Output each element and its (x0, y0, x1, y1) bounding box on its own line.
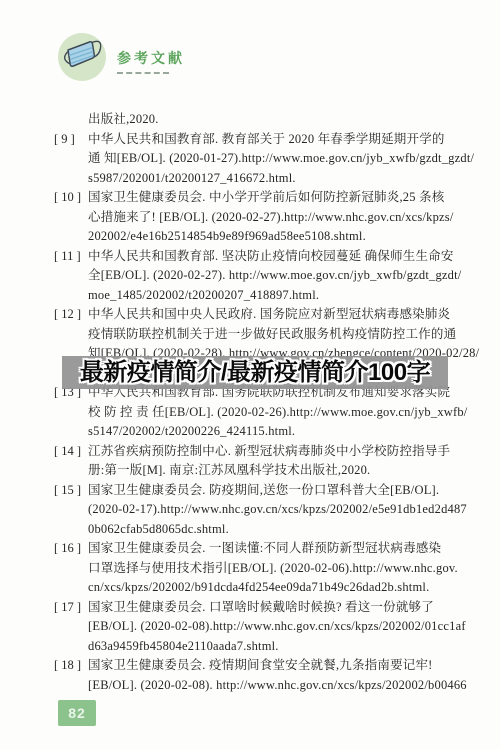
reference-number: [ 18 ] (54, 656, 86, 676)
reference-line: 全[EB/OL]. (2020-02-27). http://www.moe.g… (88, 266, 444, 286)
reference-line: 疫情联防联控机制关于进一步做好民政服务机构疫情防控工作的通 (88, 325, 444, 345)
reference-text: 国家卫生健康委员会. 疫情期间食堂安全就餐,九条指南要记牢! (88, 658, 433, 672)
reference-text: [EB/OL]. (2020-02-08).http://www.nhc.gov… (88, 619, 466, 633)
reference-item: [ 14 ]江苏省疾病预防控制中心. 新型冠状病毒肺炎中小学校防控指导手册:第一… (88, 442, 444, 481)
reference-item: [ 18 ]国家卫生健康委员会. 疫情期间食堂安全就餐,九条指南要记牢![EB/… (88, 656, 444, 695)
reference-item: [ 10 ]国家卫生健康委员会. 中小学开学前后如何防控新冠肺炎,25 条核心措… (88, 188, 444, 247)
reference-text: 江苏省疾病预防控制中心. 新型冠状病毒肺炎中小学校防控指导手 (88, 444, 450, 458)
reference-line: moe_1485/202002/t20200207_418897.html. (88, 286, 444, 306)
reference-line: [ 11 ]中华人民共和国教育部. 坚决防止疫情向校园蔓延 确保师生生命安 (88, 247, 444, 267)
reference-text: 国家卫生健康委员会. 一图读懂:不同人群预防新型冠状病毒感染 (88, 541, 441, 555)
reference-line: [EB/OL]. (2020-02-08). http://www.nhc.go… (88, 676, 444, 696)
reference-number: [ 12 ] (54, 305, 86, 325)
reference-line: [ 14 ]江苏省疾病预防控制中心. 新型冠状病毒肺炎中小学校防控指导手 (88, 442, 444, 462)
reference-text: s5987/202001/t20200127_416672.html. (88, 171, 296, 185)
reference-text: 心措施来了! [EB/OL]. (2020-02-27).http://www.… (88, 210, 454, 224)
reference-text: 疫情联防联控机制关于进一步做好民政服务机构疫情防控工作的通 (88, 327, 456, 341)
reference-line: 0b062cfab5d8065dc.shtml. (88, 520, 444, 540)
reference-text: (2020-02-17).http://www.nhc.gov.cn/xcs/k… (88, 502, 467, 516)
reference-number: [ 10 ] (54, 188, 86, 208)
reference-text: 国家卫生健康委员会. 防疫期间,送您一份口罩科普大全[EB/OL]. (88, 483, 439, 497)
overlay-title-text: 最新疫情简介/最新疫情简介100字 (80, 356, 430, 389)
face-mask-icon (58, 33, 106, 81)
reference-line: [ 17 ]国家卫生健康委员会. 口罩啥时候戴啥时候换? 看这一份就够了 (88, 598, 444, 618)
reference-text: 出版社,2020. (88, 112, 159, 126)
dashed-underline (117, 72, 169, 74)
reference-text: d63a9459fb45804e2110aada7.shtml. (88, 639, 279, 653)
reference-text: 0b062cfab5d8065dc.shtml. (88, 522, 229, 536)
reference-line: s5147/202002/t20200226_424115.html. (88, 422, 444, 442)
reference-line: (2020-02-17).http://www.nhc.gov.cn/xcs/k… (88, 500, 444, 520)
reference-line: [ 12 ]中华人民共和国中央人民政府. 国务院应对新型冠状病毒感染肺炎 (88, 305, 444, 325)
reference-number: [ 17 ] (54, 598, 86, 618)
reference-text: 全[EB/OL]. (2020-02-27). http://www.moe.g… (88, 268, 461, 282)
reference-item: [ 17 ]国家卫生健康委员会. 口罩啥时候戴啥时候换? 看这一份就够了[EB/… (88, 598, 444, 657)
page-number-badge: 82 (58, 700, 96, 726)
reference-text: s5147/202002/t20200226_424115.html. (88, 424, 295, 438)
reference-line: [EB/OL]. (2020-02-08).http://www.nhc.gov… (88, 617, 444, 637)
reference-text: 202002/e4e16b2514854b9e89f969ad58ee5108.… (88, 229, 366, 243)
reference-item: [ 13 ]中华人民共和国教育部. 国务院联防联控机制发布通知要求落实院校 防 … (88, 383, 444, 442)
reference-line: [ 16 ]国家卫生健康委员会. 一图读懂:不同人群预防新型冠状病毒感染 (88, 539, 444, 559)
reference-text: 国家卫生健康委员会. 口罩啥时候戴啥时候换? 看这一份就够了 (88, 600, 434, 614)
reference-line: 心措施来了! [EB/OL]. (2020-02-27).http://www.… (88, 208, 444, 228)
reference-line: cn/xcs/kpzs/202002/b91dcda4fd254ee09da71… (88, 578, 444, 598)
reference-line: s5987/202001/t20200127_416672.html. (88, 169, 444, 189)
reference-text: [EB/OL]. (2020-02-08). http://www.nhc.go… (88, 678, 467, 692)
reference-text: 中华人民共和国教育部. 教育部关于 2020 年春季学期延期开学的 (88, 132, 445, 146)
reference-list: 出版社,2020.[ 9 ]中华人民共和国教育部. 教育部关于 2020 年春季… (88, 110, 444, 695)
reference-text: 中华人民共和国中央人民政府. 国务院应对新型冠状病毒感染肺炎 (88, 307, 450, 321)
reference-line: 校 防 控 责 任[EB/OL]. (2020-02-26).http://ww… (88, 403, 444, 423)
reference-line: [ 10 ]国家卫生健康委员会. 中小学开学前后如何防控新冠肺炎,25 条核 (88, 188, 444, 208)
reference-text: 口罩选择与使用技术指引[EB/OL]. (2020-02-06).http://… (88, 561, 458, 575)
reference-number: [ 11 ] (54, 247, 86, 267)
reference-line: 通 知[EB/OL]. (2020-01-27).http://www.moe.… (88, 149, 444, 169)
reference-number: [ 14 ] (54, 442, 86, 462)
reference-item: 出版社,2020. (88, 110, 444, 130)
reference-number: [ 16 ] (54, 539, 86, 559)
reference-line: d63a9459fb45804e2110aada7.shtml. (88, 637, 444, 657)
reference-item: [ 9 ]中华人民共和国教育部. 教育部关于 2020 年春季学期延期开学的通 … (88, 130, 444, 189)
reference-text: moe_1485/202002/t20200207_418897.html. (88, 288, 319, 302)
reference-line: [ 9 ]中华人民共和国教育部. 教育部关于 2020 年春季学期延期开学的 (88, 130, 444, 150)
reference-item: [ 11 ]中华人民共和国教育部. 坚决防止疫情向校园蔓延 确保师生生命安全[E… (88, 247, 444, 306)
reference-line: 202002/e4e16b2514854b9e89f969ad58ee5108.… (88, 227, 444, 247)
reference-text: 国家卫生健康委员会. 中小学开学前后如何防控新冠肺炎,25 条核 (88, 190, 444, 204)
reference-text: 中华人民共和国教育部. 坚决防止疫情向校园蔓延 确保师生生命安 (88, 249, 454, 263)
book-page: 参考文献 出版社,2020.[ 9 ]中华人民共和国教育部. 教育部关于 202… (0, 0, 500, 750)
reference-text: 校 防 控 责 任[EB/OL]. (2020-02-26).http://ww… (88, 405, 467, 419)
reference-number: [ 9 ] (54, 130, 86, 150)
overlay-title-band: 最新疫情简介/最新疫情简介100字 (62, 356, 448, 389)
reference-line: 册:第一版[M]. 南京:江苏凤凰科学技术出版社,2020. (88, 461, 444, 481)
reference-item: [ 16 ]国家卫生健康委员会. 一图读懂:不同人群预防新型冠状病毒感染口罩选择… (88, 539, 444, 598)
reference-line: [ 15 ]国家卫生健康委员会. 防疫期间,送您一份口罩科普大全[EB/OL]. (88, 481, 444, 501)
reference-number: [ 15 ] (54, 481, 86, 501)
section-title: 参考文献 (117, 48, 185, 68)
reference-text: 册:第一版[M]. 南京:江苏凤凰科学技术出版社,2020. (88, 463, 370, 477)
reference-line: 口罩选择与使用技术指引[EB/OL]. (2020-02-06).http://… (88, 559, 444, 579)
reference-text: 通 知[EB/OL]. (2020-01-27).http://www.moe.… (88, 151, 474, 165)
reference-item: [ 15 ]国家卫生健康委员会. 防疫期间,送您一份口罩科普大全[EB/OL].… (88, 481, 444, 540)
reference-line: 出版社,2020. (88, 110, 444, 130)
reference-text: cn/xcs/kpzs/202002/b91dcda4fd254ee09da71… (88, 580, 429, 594)
reference-line: [ 18 ]国家卫生健康委员会. 疫情期间食堂安全就餐,九条指南要记牢! (88, 656, 444, 676)
